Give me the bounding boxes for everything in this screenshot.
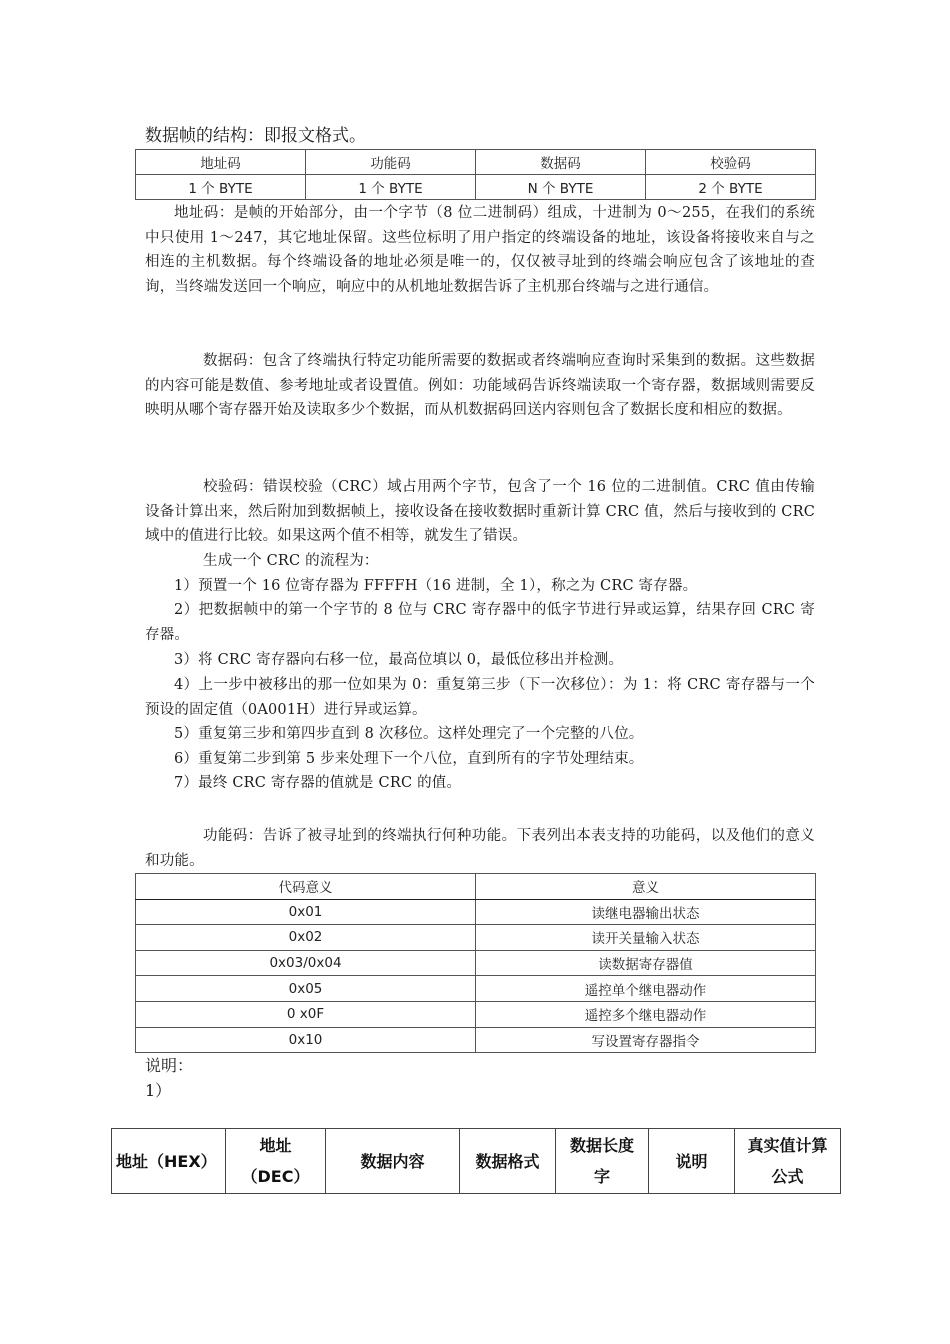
table-row: 0x01 读继电器输出状态 [136,899,816,925]
function-code-paragraph: 功能码：告诉了被寻址到的终端执行何种功能。下表列出本表支持的功能码，以及他们的意… [145,824,815,873]
notes-item-1: 1） [145,1079,171,1103]
header-data-content: 数据内容 [326,1129,460,1194]
function-meaning-cell: 写设置寄存器指令 [476,1027,816,1053]
notes-label: 说明： [145,1054,193,1078]
function-code-cell: 0x02 [136,925,476,951]
function-meaning-cell: 读数据寄存器值 [476,950,816,976]
table-row: 0 x0F 遥控多个继电器动作 [136,1001,816,1027]
crc-step-4: 4）上一步中被移出的那一位如果为 0：重复第三步（下一次移位）：为 1：将 CR… [145,673,815,722]
frame-value-address: 1 个 BYTE [136,175,306,200]
header-address-dec: 地址（DEC） [226,1129,326,1194]
frame-structure-table: 地址码 功能码 数据码 校验码 1 个 BYTE 1 个 BYTE N 个 BY… [135,149,816,200]
crc-step-5: 5）重复第三步和第四步直到 8 次移位。这样处理完了一个完整的八位。 [145,722,815,747]
function-meaning-cell: 读开关量输入状态 [476,925,816,951]
function-code-table: 代码意义 意义 0x01 读继电器输出状态 0x02 读开关量输入状态 0x03… [135,873,816,1053]
header-real-value-formula: 真实值计算公式 [735,1129,841,1194]
function-code-cell: 0x05 [136,976,476,1002]
frame-value-function: 1 个 BYTE [306,175,476,200]
table-row: 0x02 读开关量输入状态 [136,925,816,951]
frame-header-checksum: 校验码 [646,150,816,175]
header-data-format: 数据格式 [460,1129,556,1194]
frame-header-function: 功能码 [306,150,476,175]
function-header-code: 代码意义 [136,874,476,900]
function-meaning-cell: 遥控单个继电器动作 [476,976,816,1002]
register-table: 地址（HEX） 地址（DEC） 数据内容 数据格式 数据长度字 说明 真实值计算… [111,1128,841,1194]
frame-structure-title: 数据帧的结构：即报文格式。 [145,124,366,148]
frame-header-address: 地址码 [136,150,306,175]
frame-value-data: N 个 BYTE [476,175,646,200]
crc-flow-title: 生成一个 CRC 的流程为： [145,549,815,574]
function-code-cell: 0x10 [136,1027,476,1053]
function-code-cell: 0x03/0x04 [136,950,476,976]
frame-value-checksum: 2 个 BYTE [646,175,816,200]
header-description: 说明 [649,1129,735,1194]
function-header-meaning: 意义 [476,874,816,900]
crc-paragraph: 校验码：错误校验（CRC）域占用两个字节，包含了一个 16 位的二进制值。CRC… [145,475,815,549]
crc-step-3: 3）将 CRC 寄存器向右移一位，最高位填以 0，最低位移出并检测。 [145,648,815,673]
register-table-header-row: 地址（HEX） 地址（DEC） 数据内容 数据格式 数据长度字 说明 真实值计算… [112,1129,841,1194]
function-code-cell: 0x01 [136,899,476,925]
table-row: 0x03/0x04 读数据寄存器值 [136,950,816,976]
data-code-paragraph: 数据码：包含了终端执行特定功能所需要的数据或者终端响应查询时采集到的数据。这些数… [145,349,815,423]
crc-step-1: 1）预置一个 16 位寄存器为 FFFFH（16 进制，全 1），称之为 CRC… [145,574,815,599]
header-data-length: 数据长度字 [556,1129,649,1194]
frame-table-value-row: 1 个 BYTE 1 个 BYTE N 个 BYTE 2 个 BYTE [136,175,816,200]
frame-table-header-row: 地址码 功能码 数据码 校验码 [136,150,816,175]
frame-header-data: 数据码 [476,150,646,175]
table-row: 0x05 遥控单个继电器动作 [136,976,816,1002]
crc-step-6: 6）重复第二步到第 5 步来处理下一个八位，直到所有的字节处理结束。 [145,747,815,772]
function-meaning-cell: 读继电器输出状态 [476,899,816,925]
crc-step-7: 7）最终 CRC 寄存器的值就是 CRC 的值。 [145,771,815,796]
function-meaning-cell: 遥控多个继电器动作 [476,1001,816,1027]
header-address-hex: 地址（HEX） [112,1129,226,1194]
address-code-paragraph: 地址码：是帧的开始部分，由一个字节（8 位二进制码）组成，十进制为 0～255，… [145,201,815,299]
function-table-header-row: 代码意义 意义 [136,874,816,900]
function-code-cell: 0 x0F [136,1001,476,1027]
crc-step-2: 2）把数据帧中的第一个字节的 8 位与 CRC 寄存器中的低字节进行异或运算，结… [145,598,815,647]
table-row: 0x10 写设置寄存器指令 [136,1027,816,1053]
